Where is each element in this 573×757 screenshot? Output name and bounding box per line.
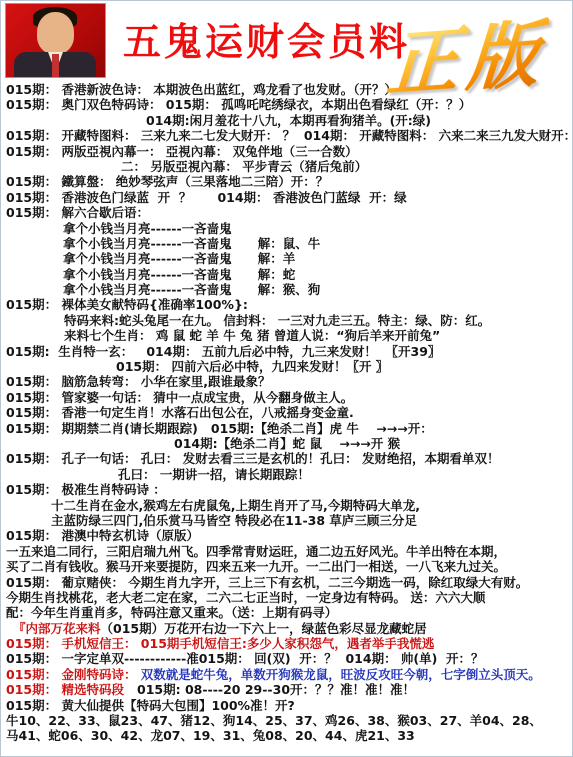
- text-segment-black: 十二生肖在金水,猴鸡左右虎鼠兔,上期生肖开了马,今期特码大单龙,: [51, 498, 420, 513]
- text-segment-black: 015期： 期期禁二肖(请长期跟踪) 015期:【绝杀二肖】虎 牛 →→→开：: [6, 421, 433, 436]
- text-line: 买了二肖有钱收。猴马开来要提防，四来五来一九开。一二出门一相送，一八飞来九过关。: [6, 559, 571, 574]
- text-line: 015期： 金刚特码诗： 双数就是蛇牛兔，单数开狗猴龙鼠，旺波反攻旺今朝，七字倒…: [6, 667, 571, 682]
- text-segment-black: 015期: 生肖特一玄： 014期： 五前九后必中特，九三来发财！ 〖开39〗: [6, 344, 440, 359]
- text-segment-black: 来料七个生肖： 鸡 鼠 蛇 羊 牛 兔 猪 曾道人说：“狗后羊来开前兔”: [64, 328, 440, 343]
- text-segment-black: 今期生肖找桃花，老大老二定在家，二六二七正当时，一定身边有特码。 送：六六大顺: [6, 590, 485, 605]
- text-segment-black: 马41、蛇06、30、42、龙07、19、31、兔08、20、44、虎21、33: [6, 728, 415, 743]
- text-line: 015期： 期期禁二肖(请长期跟踪) 015期:【绝杀二肖】虎 牛 →→→开：: [6, 421, 571, 436]
- text-line: 015期： 管家婆一句话： 猜中一点成宝贵，从今翻身做主人。: [6, 390, 571, 405]
- text-line: 『内部万花来料（015期）万花开右边一下六上一，绿蓝色彩尽显龙藏蛇居: [13, 621, 571, 636]
- text-line: 孔曰： 一期讲一招，请长期跟踪！: [118, 467, 571, 482]
- text-line: 拿个小钱当月亮------一吝啬鬼: [63, 221, 571, 236]
- text-line: 015期： 手机短信王： 015期手机短信王:多少人家积怨气，遇者举手我慌逃: [6, 636, 571, 651]
- text-line: 015期： 解六合歇后语：: [6, 205, 571, 220]
- text-segment-red: 015期： 手机短信王： 015期手机短信王:多少人家积怨气，遇者举手我慌逃: [6, 636, 434, 651]
- header: 五鬼运财会员料: [1, 1, 573, 81]
- text-line: 014期:【绝杀二肖】蛇 鼠 →→→开 猴: [174, 436, 571, 451]
- text-segment-black: 015期： 奥门双色特码诗： 015期： 孤鸣吒咤绣绿衣，本期出色看绿红（开：？…: [6, 97, 471, 112]
- text-line: 015期： 鐵算盤： 绝妙琴弦声（三果落地二三陪）开：？: [6, 174, 571, 189]
- text-line: 015期： 极准生肖特码诗 ：: [6, 482, 571, 497]
- text-line: 来料七个生肖： 鸡 鼠 蛇 羊 牛 兔 猪 曾道人说：“狗后羊来开前兔”: [64, 328, 571, 343]
- text-line: 015期： 奥门双色特码诗： 015期： 孤鸣吒咤绣绿衣，本期出色看绿红（开：？…: [6, 97, 571, 112]
- text-line: 015期： 开藏特图料： 三来九来二七发大财开： ？ 014期： 开藏特图料： …: [6, 128, 571, 143]
- text-line: 015期： 葡京赌侠： 今期生肖九字开，三上三下有玄机，二三今期选一码，除红取绿…: [6, 575, 571, 590]
- text-segment-red: 015期： 金刚特码诗：: [6, 667, 141, 682]
- text-line: 015期： 脑筋急转弯： 小华在家里,跟谁最象？: [6, 374, 571, 389]
- text-segment-black: 拿个小钱当月亮------一吝啬鬼 解：蛇: [63, 267, 295, 282]
- text-segment-black: 015期： 两版亞視內幕一： 亞視內幕： 双兔伴地（三一合数）: [6, 144, 358, 159]
- text-segment-black: （015期）万花开右边一下六上一，绿蓝色彩尽显龙藏蛇居: [101, 621, 427, 636]
- tip-sheet-page: 五鬼运财会员料 正版 015期： 香港新波色诗： 本期波色出蓝红，鸡龙看了也发财…: [0, 0, 573, 757]
- text-segment-black: 015期： 管家婆一句话： 猜中一点成宝贵，从今翻身做主人。: [6, 390, 353, 405]
- text-segment-black: 015期： 一字定单双------------准015期： 回(双) 开：？ 0…: [6, 651, 484, 666]
- text-segment-black: 015期： 香港一句定生肖！水落石出包公在，八戒摇身变金童.: [6, 405, 354, 420]
- text-segment-black: 孔曰： 一期讲一招，请长期跟踪！: [118, 467, 310, 482]
- text-line: 二： 另版亞視內幕： 平步青云（猪后兔前）: [121, 159, 571, 174]
- text-line: 拿个小钱当月亮------一吝啬鬼 解：鼠、牛: [63, 236, 571, 251]
- text-segment-blue: 双数就是蛇牛兔，单数开狗猴龙鼠，旺波反攻旺今朝，七字倒立头顶天。: [141, 667, 541, 682]
- text-line: 015期： 黄大仙提供【特码大包围】100%准！开?: [6, 698, 571, 713]
- text-segment-black: 拿个小钱当月亮------一吝啬鬼 解：羊: [63, 251, 295, 266]
- text-line: 十二生肖在金水,猴鸡左右虎鼠兔,上期生肖开了马,今期特码大单龙,: [51, 498, 571, 513]
- text-segment-black: 牛10、22、33、鼠23、47、猪12、狗14、25、37、鸡26、38、猴0…: [6, 713, 542, 728]
- text-line: 015期： 香港一句定生肖！水落石出包公在，八戒摇身变金童.: [6, 405, 571, 420]
- text-segment-black: 015期： 四前六后必中特，九四来发财！〖开 〗: [116, 359, 388, 374]
- text-line: 014期:闲月羞花十八九，本期再看狗猪羊。(开:绿): [146, 113, 571, 128]
- text-segment-black: 一五来追二同行，三阳启瑞九州飞。四季常青财运旺，通二边五好风光。牛羊出特在本期，: [6, 544, 506, 559]
- text-line: 015期： 孔子一句话： 孔曰： 发财去看三三是玄机的！孔曰： 发财绝招，本期看…: [6, 451, 571, 466]
- text-line: 拿个小钱当月亮------一吝啬鬼 解：猴、狗: [63, 282, 571, 297]
- text-line: 015期： 香港新波色诗： 本期波色出蓝红，鸡龙看了也发财。（开？）: [6, 82, 571, 97]
- page-title: 五鬼运财会员料: [123, 11, 468, 66]
- text-line: 今期生肖找桃花，老大老二定在家，二六二七正当时，一定身边有特码。 送：六六大顺: [6, 590, 571, 605]
- text-segment-black: 015期： 鐵算盤： 绝妙琴弦声（三果落地二三陪）开：？: [6, 174, 328, 189]
- text-line: 015期： 两版亞視內幕一： 亞視內幕： 双兔伴地（三一合数）: [6, 144, 571, 159]
- text-segment-black: 拿个小钱当月亮------一吝啬鬼 解：鼠、牛: [63, 236, 320, 251]
- text-segment-black: 拿个小钱当月亮------一吝啬鬼 解：猴、狗: [63, 282, 320, 297]
- text-segment-black: 二： 另版亞視內幕： 平步青云（猪后兔前）: [121, 159, 367, 174]
- text-segment-black: 配：今年生肖重肖多，特码注意又重来。（送：上期有码寻）: [6, 605, 337, 620]
- text-segment-red: 『内部万花来料: [13, 621, 101, 636]
- text-line: 特码来料:蛇头兔尾一在九。 信封料： 一三对九走三五。特主：绿、防：红。: [64, 313, 571, 328]
- text-line: 015期： 精选特码段 015期: 08----20 29--30开：？？准！准…: [6, 682, 571, 697]
- text-segment-red: 015期： 精选特码段: [6, 682, 124, 697]
- text-segment-black: 主蓝防绿三四门,伯乐赏马马皆空 特段必在11-38 草庐三顾三分足: [51, 513, 417, 528]
- text-segment-black: 014期:闲月羞花十八九，本期再看狗猪羊。(开:绿): [146, 113, 431, 128]
- portrait-photo: [5, 3, 106, 78]
- text-segment-black: 买了二肖有钱收。猴马开来要提防，四来五来一九开。一二出门一相送，一八飞来九过关。: [6, 559, 506, 574]
- text-line: 015期： 裸体美女献特码{准确率100%}:: [6, 297, 571, 312]
- text-line: 015期: 生肖特一玄： 014期： 五前九后必中特，九三来发财！ 〖开39〗: [6, 344, 571, 359]
- text-segment-black: 015期: 08----20 29--30开：？？准！准！准！: [124, 682, 415, 697]
- text-segment-black: 015期： 港澳中特玄机诗（原版）: [6, 528, 199, 543]
- text-segment-black: 特码来料:蛇头兔尾一在九。 信封料： 一三对九走三五。特主：绿、防：红。: [64, 313, 490, 328]
- text-segment-black: 015期： 解六合歇后语：: [6, 205, 149, 220]
- text-line: 015期： 香港波色门绿蓝 开 ？ 014期： 香港波色门蓝绿 开：绿: [6, 190, 571, 205]
- text-segment-black: 015期： 孔子一句话： 孔曰： 发财去看三三是玄机的！孔曰： 发财绝招，本期看…: [6, 451, 500, 466]
- text-segment-black: 015期： 开藏特图料： 三来九来二七发大财开： ？ 014期： 开藏特图料： …: [6, 128, 573, 143]
- text-segment-black: 015期： 脑筋急转弯： 小华在家里,跟谁最象？: [6, 374, 271, 389]
- text-line: 牛10、22、33、鼠23、47、猪12、狗14、25、37、鸡26、38、猴0…: [6, 713, 571, 728]
- content-lines: 015期： 香港新波色诗： 本期波色出蓝红，鸡龙看了也发财。（开？）015期： …: [6, 82, 571, 744]
- text-line: 主蓝防绿三四门,伯乐赏马马皆空 特段必在11-38 草庐三顾三分足: [51, 513, 571, 528]
- text-line: 一五来追二同行，三阳启瑞九州飞。四季常青财运旺，通二边五好风光。牛羊出特在本期，: [6, 544, 571, 559]
- text-segment-black: 拿个小钱当月亮------一吝啬鬼: [63, 221, 232, 236]
- text-segment-black: 015期： 极准生肖特码诗 ：: [6, 482, 166, 497]
- text-line: 015期： 港澳中特玄机诗（原版）: [6, 528, 571, 543]
- text-line: 马41、蛇06、30、42、龙07、19、31、兔08、20、44、虎21、33: [6, 728, 571, 743]
- portrait-tie: [52, 54, 59, 78]
- text-segment-black: 015期： 裸体美女献特码{准确率100%}:: [6, 297, 248, 312]
- text-line: 015期： 四前六后必中特，九四来发财！〖开 〗: [116, 359, 571, 374]
- text-line: 015期： 一字定单双------------准015期： 回(双) 开：？ 0…: [6, 651, 571, 666]
- text-line: 配：今年生肖重肖多，特码注意又重来。（送：上期有码寻）: [6, 605, 571, 620]
- text-line: 拿个小钱当月亮------一吝啬鬼 解：蛇: [63, 267, 571, 282]
- text-segment-black: 015期： 香港波色门绿蓝 开 ？ 014期： 香港波色门蓝绿 开：绿: [6, 190, 407, 205]
- text-segment-black: 014期:【绝杀二肖】蛇 鼠 →→→开 猴: [174, 436, 400, 451]
- text-segment-black: 015期： 黄大仙提供【特码大包围】100%准！开?: [6, 698, 295, 713]
- text-segment-black: 015期： 葡京赌侠： 今期生肖九字开，三上三下有玄机，二三今期选一码，除红取绿…: [6, 575, 528, 590]
- portrait-face: [37, 12, 74, 54]
- text-line: 拿个小钱当月亮------一吝啬鬼 解：羊: [63, 251, 571, 266]
- text-segment-black: 015期： 香港新波色诗： 本期波色出蓝红，鸡龙看了也发财。（开？）: [6, 82, 397, 97]
